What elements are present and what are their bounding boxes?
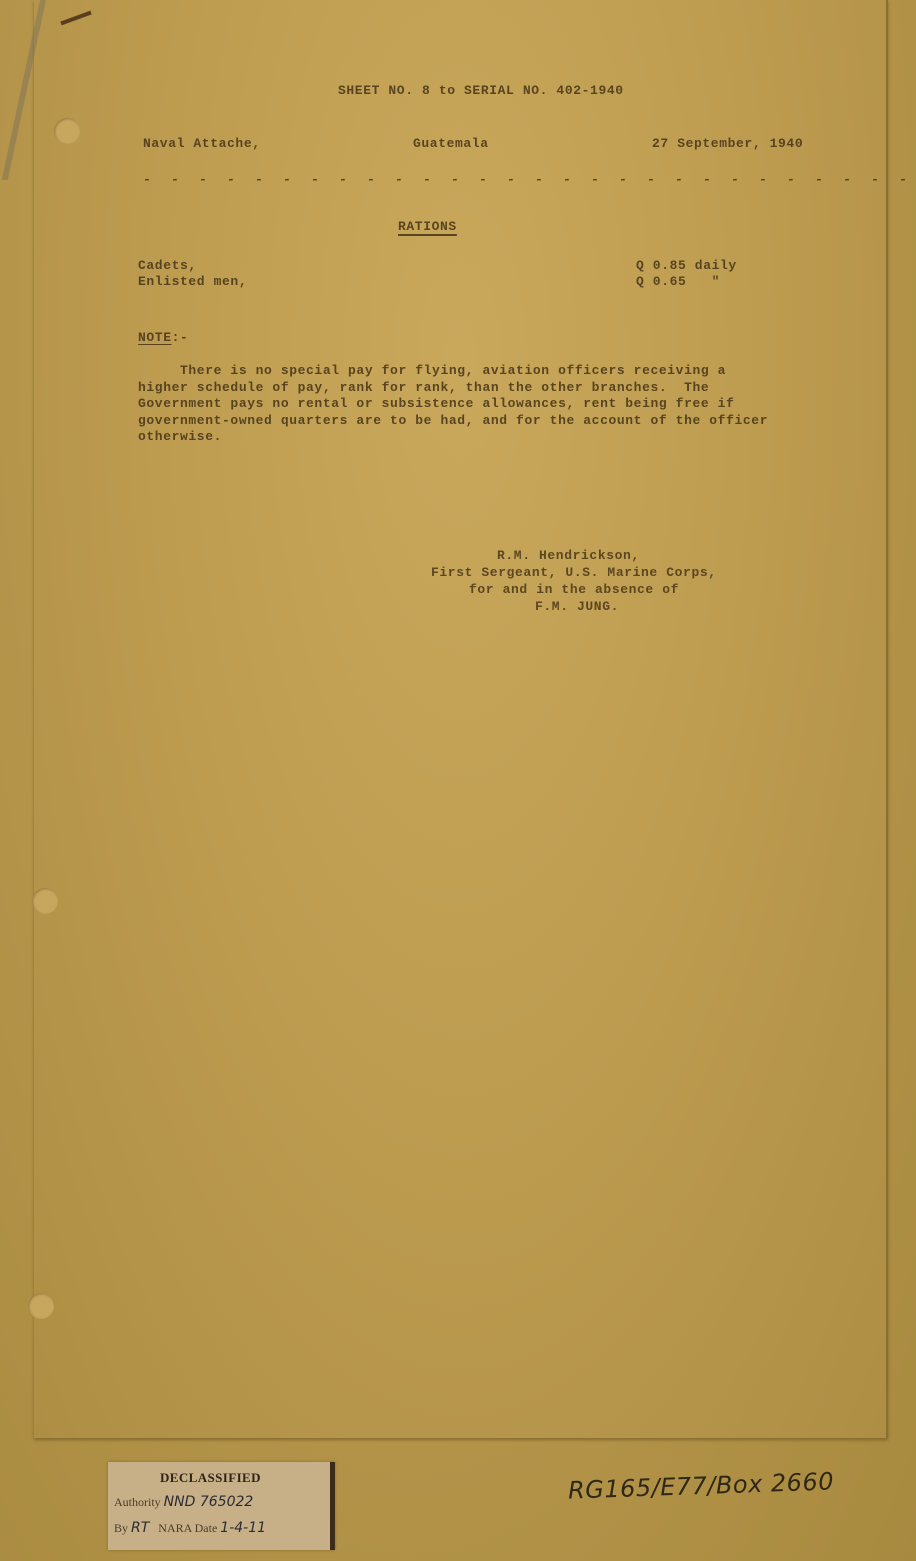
signer-for-line: for and in the absence of	[469, 582, 679, 597]
signer-name: R.M. Hendrickson,	[497, 548, 640, 563]
sheet-serial-heading: SHEET NO. 8 to SERIAL NO. 402-1940	[338, 83, 624, 98]
ration-value: Q 0.65 "	[636, 274, 720, 289]
signer-title: First Sergeant, U.S. Marine Corps,	[431, 565, 717, 580]
ration-label: Cadets,	[138, 258, 197, 273]
stamp-title: DECLASSIFIED	[160, 1470, 261, 1486]
nara-date-value: 1-4-11	[220, 1520, 266, 1536]
authority-value: NND 765022	[164, 1494, 254, 1510]
declassified-stamp: DECLASSIFIED AuthorityNND 765022 ByRT NA…	[108, 1462, 335, 1550]
note-heading: NOTE:-	[138, 330, 188, 345]
punch-hole-icon	[54, 118, 80, 144]
stamp-by-row: ByRT NARA Date1-4-11	[114, 1520, 266, 1536]
ration-label: Enlisted men,	[138, 274, 247, 289]
sender: Naval Attache,	[143, 136, 261, 151]
document-date: 27 September, 1940	[652, 136, 803, 151]
by-value: RT	[131, 1520, 149, 1536]
location: Guatemala	[413, 136, 489, 151]
separator-line: - - - - - - - - - - - - - - - - - - - - …	[143, 172, 916, 187]
stamp-authority-row: AuthorityNND 765022	[114, 1494, 253, 1510]
principal-name: F.M. JUNG.	[535, 599, 619, 614]
section-title: RATIONS	[398, 219, 457, 234]
note-label: NOTE	[138, 330, 172, 345]
authority-label: Authority	[114, 1495, 161, 1509]
note-paragraph: There is no special pay for flying, avia…	[138, 363, 838, 446]
nara-date-label: NARA Date	[158, 1521, 217, 1535]
document-page	[34, 0, 888, 1438]
punch-hole-icon	[28, 1293, 54, 1319]
punch-hole-icon	[32, 888, 58, 914]
by-label: By	[114, 1521, 128, 1535]
note-suffix: :-	[172, 330, 189, 345]
ration-value: Q 0.85 daily	[636, 258, 737, 273]
